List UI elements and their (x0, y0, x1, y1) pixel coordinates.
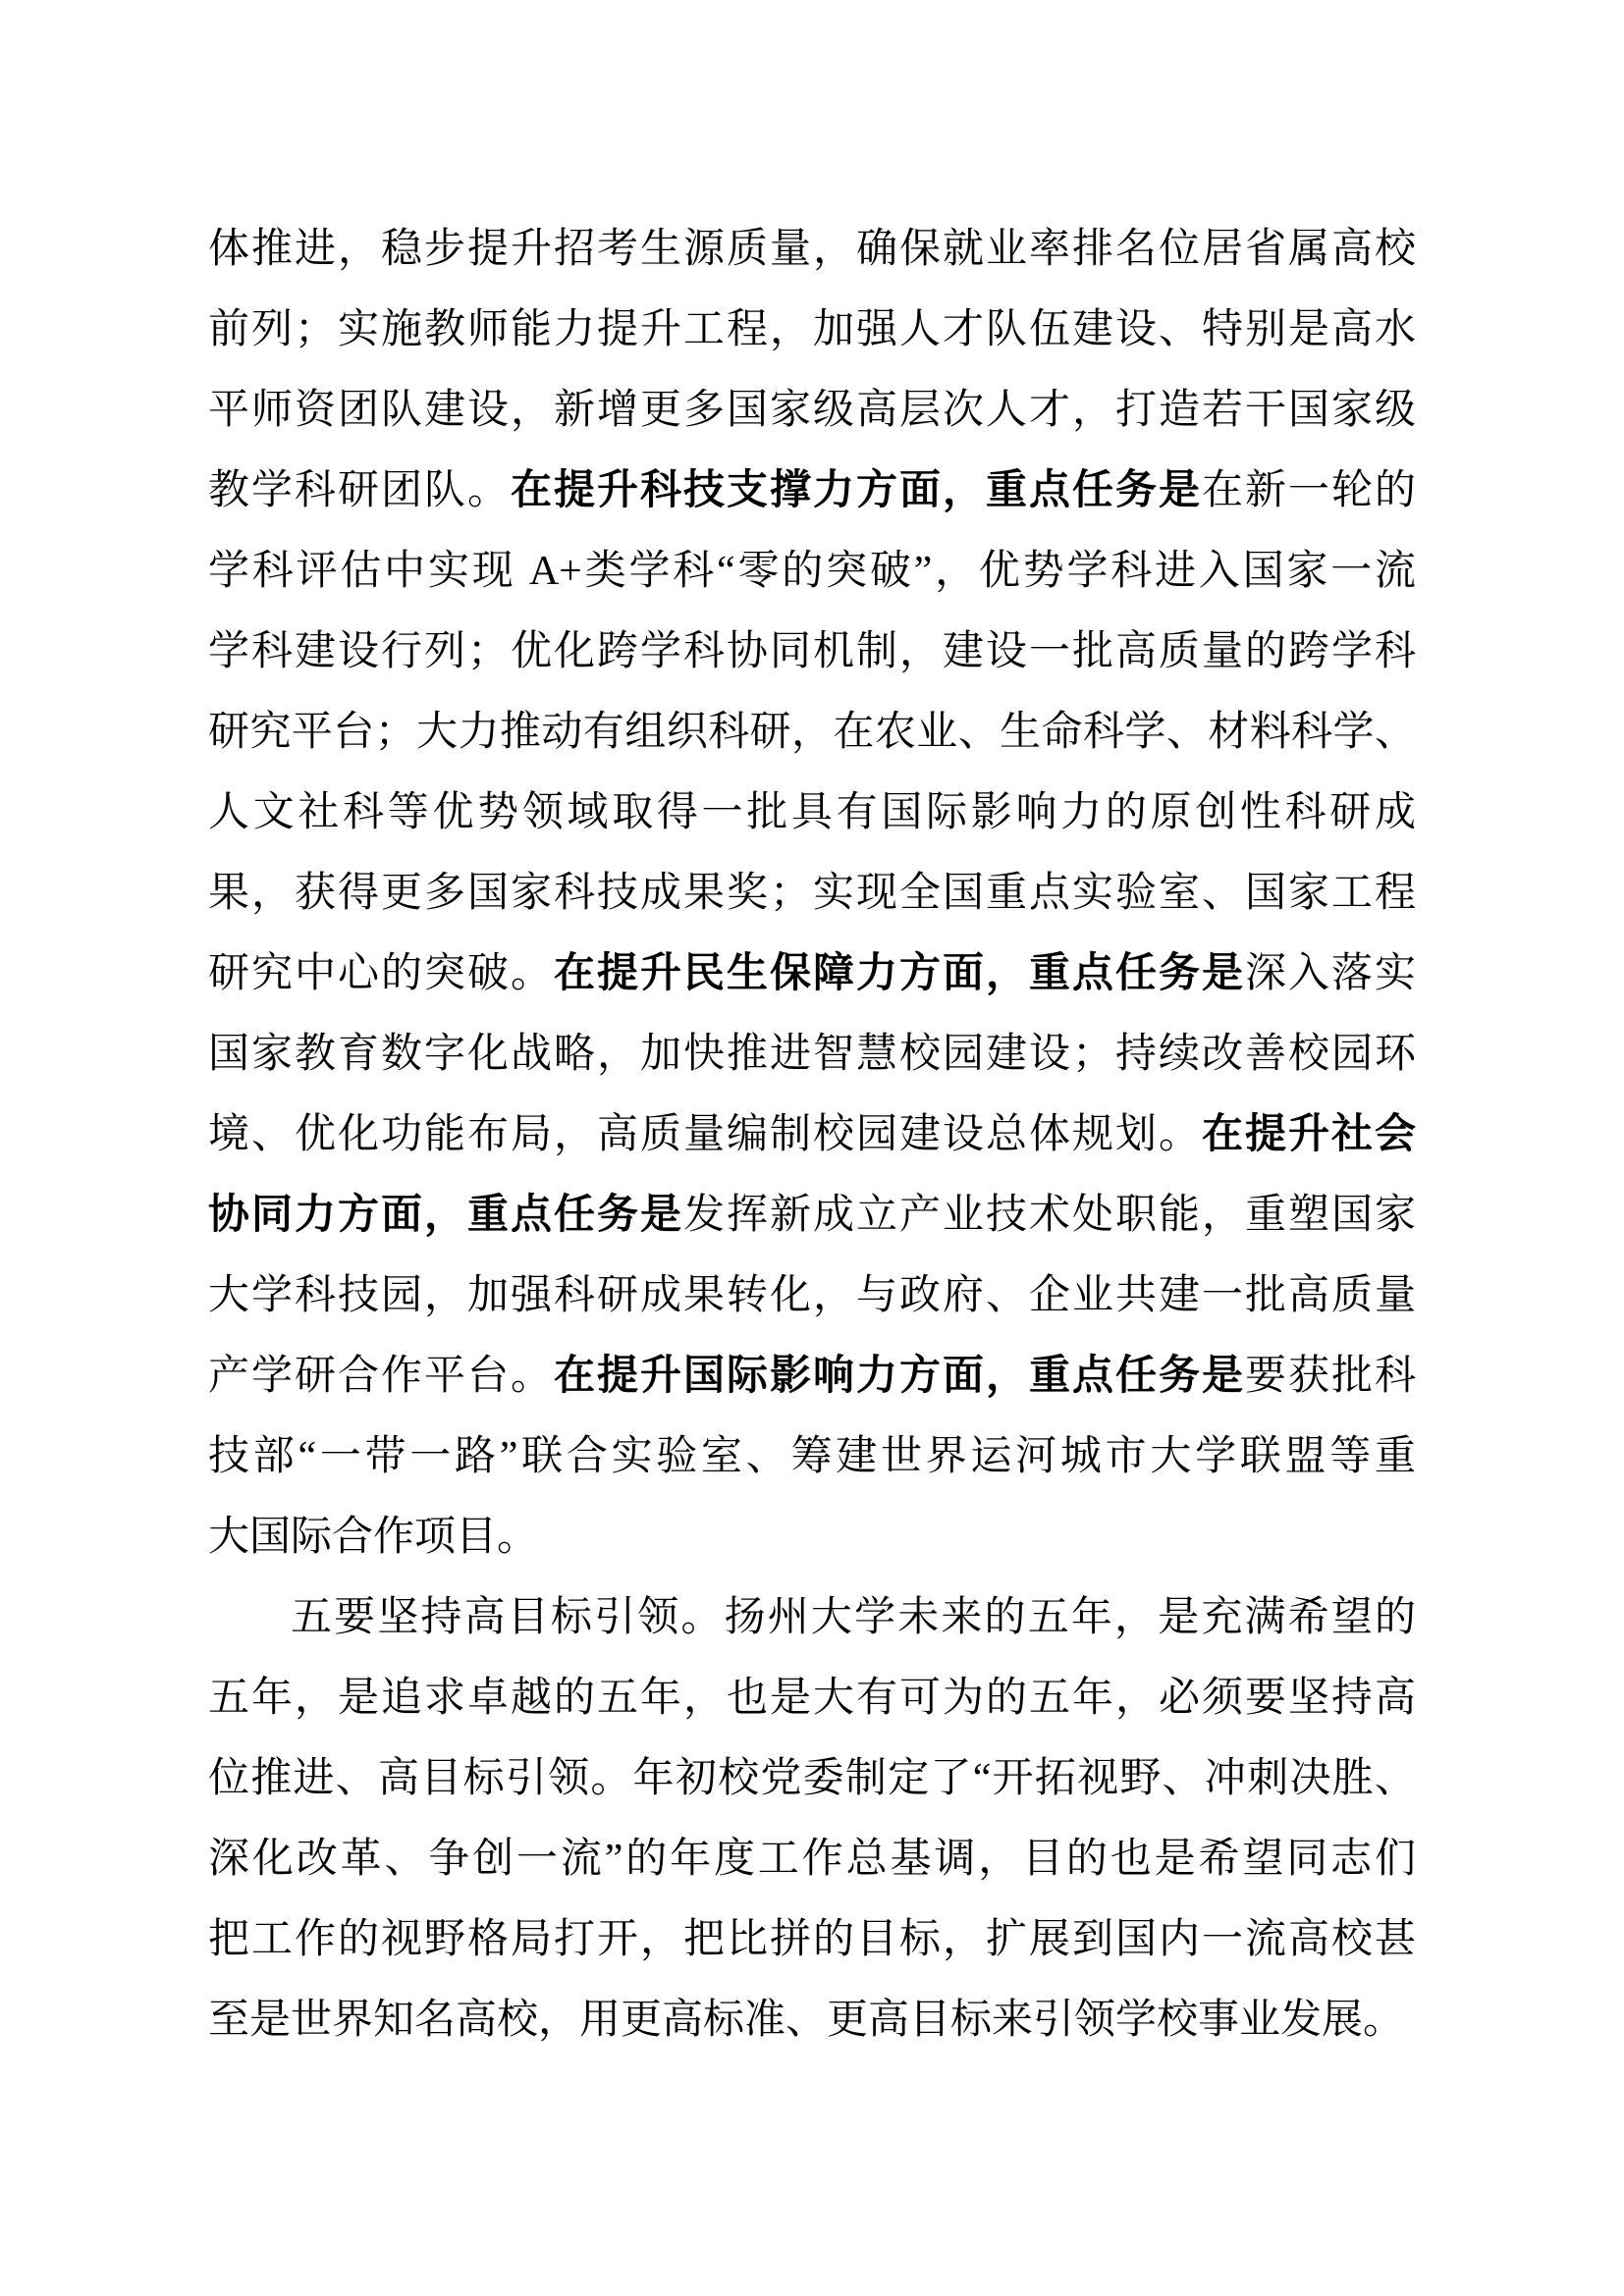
text-run: 把工作的视野格局打开，把比拼的目标，扩展到国内一流高校甚 (208, 1917, 1416, 1962)
text-line: 位推进、高目标引领。年初校党委制定了“开拓视野、冲刺决胜、 (208, 1738, 1416, 1819)
text-run: 研究平台；大力推动有组织科研，在农业、生命科学、材料科学、 (208, 710, 1416, 755)
text-run: 境、优化功能布局，高质量编制校园建设总体规划。 (208, 1112, 1202, 1157)
text-run: 平师资团队建设，新增更多国家级高层次人才，打造若干国家级 (208, 388, 1416, 433)
text-line: 大国际合作项目。 (208, 1497, 1416, 1577)
text-run: 学科评估中实现 A+类学科“零的突破”，优势学科进入国家一流 (208, 549, 1416, 594)
text-run: 大国际合作项目。 (208, 1515, 538, 1560)
text-run: 技部“一带一路”联合实验室、筹建世界运河城市大学联盟等重 (208, 1434, 1416, 1479)
text-run: 前列；实施教师能力提升工程，加强人才队伍建设、特别是高水 (208, 307, 1416, 352)
bold-text-run: 在提升科技支撑力方面，重点任务是 (511, 468, 1202, 513)
text-run: 位推进、高目标引领。年初校党委制定了“开拓视野、冲刺决胜、 (208, 1756, 1416, 1801)
text-line: 五要坚持高目标引领。扬州大学未来的五年，是充满希望的 (208, 1577, 1416, 1658)
text-run: 深入落实 (1245, 951, 1416, 996)
text-line: 前列；实施教师能力提升工程，加强人才队伍建设、特别是高水 (208, 290, 1416, 370)
bold-text-run: 在提升民生保障力方面，重点任务是 (554, 951, 1245, 996)
text-run: 要获批科 (1245, 1354, 1416, 1399)
text-run: 发挥新成立产业技术处职能，重塑国家 (683, 1193, 1416, 1238)
text-run: 产学研合作平台。 (208, 1354, 554, 1399)
text-line: 把工作的视野格局打开，把比拼的目标，扩展到国内一流高校甚 (208, 1899, 1416, 1980)
text-line: 研究平台；大力推动有组织科研，在农业、生命科学、材料科学、 (208, 692, 1416, 773)
text-run: 果，获得更多国家科技成果奖；实现全国重点实验室、国家工程 (208, 871, 1416, 916)
document-page: 体推进，稳步提升招考生源质量，确保就业率排名位居省属高校前列；实施教师能力提升工… (0, 0, 1624, 2296)
text-line: 人文社科等优势领域取得一批具有国际影响力的原创性科研成 (208, 773, 1416, 853)
text-line: 教学科研团队。在提升科技支撑力方面，重点任务是在新一轮的 (208, 451, 1416, 531)
text-run: 五要坚持高目标引领。扬州大学未来的五年，是充满希望的 (291, 1595, 1416, 1640)
text-run: 学科建设行列；优化跨学科协同机制，建设一批高质量的跨学科 (208, 629, 1416, 674)
text-run: 人文社科等优势领域取得一批具有国际影响力的原创性科研成 (208, 790, 1416, 835)
text-line: 至是世界知名高校，用更高标准、更高目标来引领学校事业发展。 (208, 1980, 1416, 2060)
text-line: 协同力方面，重点任务是发挥新成立产业技术处职能，重塑国家 (208, 1175, 1416, 1255)
text-run: 在新一轮的 (1202, 468, 1416, 513)
text-line: 深化改革、争创一流”的年度工作总基调，目的也是希望同志们 (208, 1819, 1416, 1899)
text-run: 大学科技园，加强科研成果转化，与政府、企业共建一批高质量 (208, 1273, 1416, 1318)
text-line: 五年，是追求卓越的五年，也是大有可为的五年，必须要坚持高 (208, 1658, 1416, 1738)
text-line: 产学研合作平台。在提升国际影响力方面，重点任务是要获批科 (208, 1336, 1416, 1416)
bold-text-run: 在提升社会 (1202, 1112, 1416, 1157)
text-line: 境、优化功能布局，高质量编制校园建设总体规划。在提升社会 (208, 1095, 1416, 1175)
text-run: 体推进，稳步提升招考生源质量，确保就业率排名位居省属高校 (208, 227, 1416, 272)
text-line: 研究中心的突破。在提升民生保障力方面，重点任务是深入落实 (208, 934, 1416, 1014)
text-run: 研究中心的突破。 (208, 951, 554, 996)
text-run: 深化改革、争创一流”的年度工作总基调，目的也是希望同志们 (208, 1837, 1416, 1882)
text-run: 至是世界知名高校，用更高标准、更高目标来引领学校事业发展。 (208, 1998, 1404, 2043)
text-line: 平师资团队建设，新增更多国家级高层次人才，打造若干国家级 (208, 370, 1416, 451)
text-block: 体推进，稳步提升招考生源质量，确保就业率排名位居省属高校前列；实施教师能力提升工… (208, 209, 1416, 2060)
text-line: 果，获得更多国家科技成果奖；实现全国重点实验室、国家工程 (208, 853, 1416, 934)
bold-text-run: 在提升国际影响力方面，重点任务是 (554, 1354, 1245, 1399)
text-line: 学科评估中实现 A+类学科“零的突破”，优势学科进入国家一流 (208, 531, 1416, 612)
text-run: 教学科研团队。 (208, 468, 511, 513)
text-line: 大学科技园，加强科研成果转化，与政府、企业共建一批高质量 (208, 1255, 1416, 1336)
bold-text-run: 协同力方面，重点任务是 (208, 1193, 683, 1238)
text-line: 技部“一带一路”联合实验室、筹建世界运河城市大学联盟等重 (208, 1416, 1416, 1497)
text-run: 五年，是追求卓越的五年，也是大有可为的五年，必须要坚持高 (208, 1676, 1416, 1721)
text-line: 国家教育数字化战略，加快推进智慧校园建设；持续改善校园环 (208, 1014, 1416, 1095)
text-run: 国家教育数字化战略，加快推进智慧校园建设；持续改善校园环 (208, 1032, 1416, 1077)
text-line: 体推进，稳步提升招考生源质量，确保就业率排名位居省属高校 (208, 209, 1416, 290)
text-line: 学科建设行列；优化跨学科协同机制，建设一批高质量的跨学科 (208, 612, 1416, 692)
